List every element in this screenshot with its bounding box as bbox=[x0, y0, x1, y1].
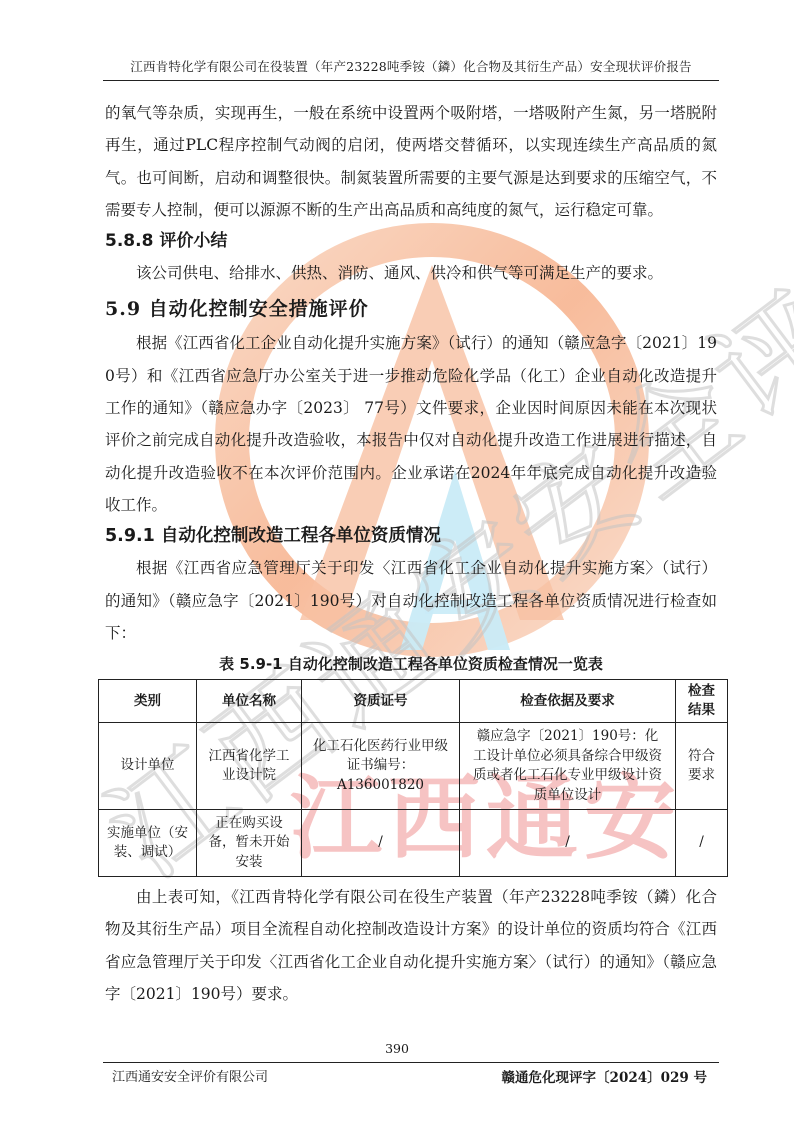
section-5-9-heading: 5.9 自动化控制安全措施评价 bbox=[105, 291, 717, 327]
page-number: 390 bbox=[0, 1041, 794, 1056]
table-row: 实施单位（安装、调试） 正在购买设备，暂未开始安装 / / / bbox=[99, 810, 728, 877]
section-5-9-paragraph: 根据《江西省化工企业自动化提升实施方案》（试行）的通知（赣应急字〔2021〕19… bbox=[105, 327, 717, 521]
cell-basis: / bbox=[460, 810, 676, 877]
column-header-qualification: 资质证号 bbox=[302, 680, 460, 723]
cell-unit-name: 江西省化学工业设计院 bbox=[197, 723, 302, 810]
cell-unit-name: 正在购买设备，暂未开始安装 bbox=[197, 810, 302, 877]
table-header-row: 类别 单位名称 资质证号 检查依据及要求 检查结果 bbox=[99, 680, 728, 723]
section-5-9-1-heading: 5.9.1 自动化控制改造工程各单位资质情况 bbox=[105, 521, 717, 552]
footer-company: 江西通安安全评价有限公司 bbox=[112, 1066, 268, 1085]
table-row: 设计单位 江西省化学工业设计院 化工石化医药行业甲级证书编号：A13600182… bbox=[99, 723, 728, 810]
page-header-title: 江西肯特化学有限公司在役装置（年产23228吨季铵（鏻）化合物及其衍生产品）安全… bbox=[103, 57, 719, 75]
header-divider bbox=[103, 80, 719, 81]
section-5-8-8-heading: 5.8.8 评价小结 bbox=[105, 226, 717, 257]
column-header-unit-name: 单位名称 bbox=[197, 680, 302, 723]
intro-paragraph: 的氧气等杂质，实现再生，一般在系统中设置两个吸附塔，一塔吸附产生氮，另一塔脱附再… bbox=[105, 97, 717, 226]
section-5-8-8-paragraph: 该公司供电、给排水、供热、消防、通风、供冷和供气等可满足生产的要求。 bbox=[105, 257, 717, 289]
qualification-table: 类别 单位名称 资质证号 检查依据及要求 检查结果 设计单位 江西省化学工业设计… bbox=[98, 679, 728, 877]
column-header-result: 检查结果 bbox=[676, 680, 728, 723]
column-header-category: 类别 bbox=[99, 680, 197, 723]
page-content: 的氧气等杂质，实现再生，一般在系统中设置两个吸附塔，一塔吸附产生氮，另一塔脱附再… bbox=[105, 97, 717, 1010]
table-caption: 表 5.9-1 自动化控制改造工程各单位资质检查情况一览表 bbox=[105, 649, 717, 679]
footer-divider bbox=[103, 1062, 719, 1063]
column-header-basis: 检查依据及要求 bbox=[460, 680, 676, 723]
cell-category: 实施单位（安装、调试） bbox=[99, 810, 197, 877]
footer-document-number: 赣通危化现评字〔2024〕029 号 bbox=[502, 1066, 707, 1086]
cell-basis: 赣应急字〔2021〕190号：化工设计单位必须具备综合甲级资质或者化工石化专业甲… bbox=[460, 723, 676, 810]
cell-qualification: / bbox=[302, 810, 460, 877]
section-5-9-1-paragraph: 根据《江西省应急管理厅关于印发〈江西省化工企业自动化提升实施方案〉（试行）的通知… bbox=[105, 552, 717, 649]
cell-result: 符合要求 bbox=[676, 723, 728, 810]
cell-category: 设计单位 bbox=[99, 723, 197, 810]
cell-qualification: 化工石化医药行业甲级证书编号：A136001820 bbox=[302, 723, 460, 810]
conclusion-paragraph: 由上表可知，《江西肯特化学有限公司在役生产装置（年产23228吨季铵（鏻）化合物… bbox=[105, 881, 717, 1010]
cell-result: / bbox=[676, 810, 728, 877]
